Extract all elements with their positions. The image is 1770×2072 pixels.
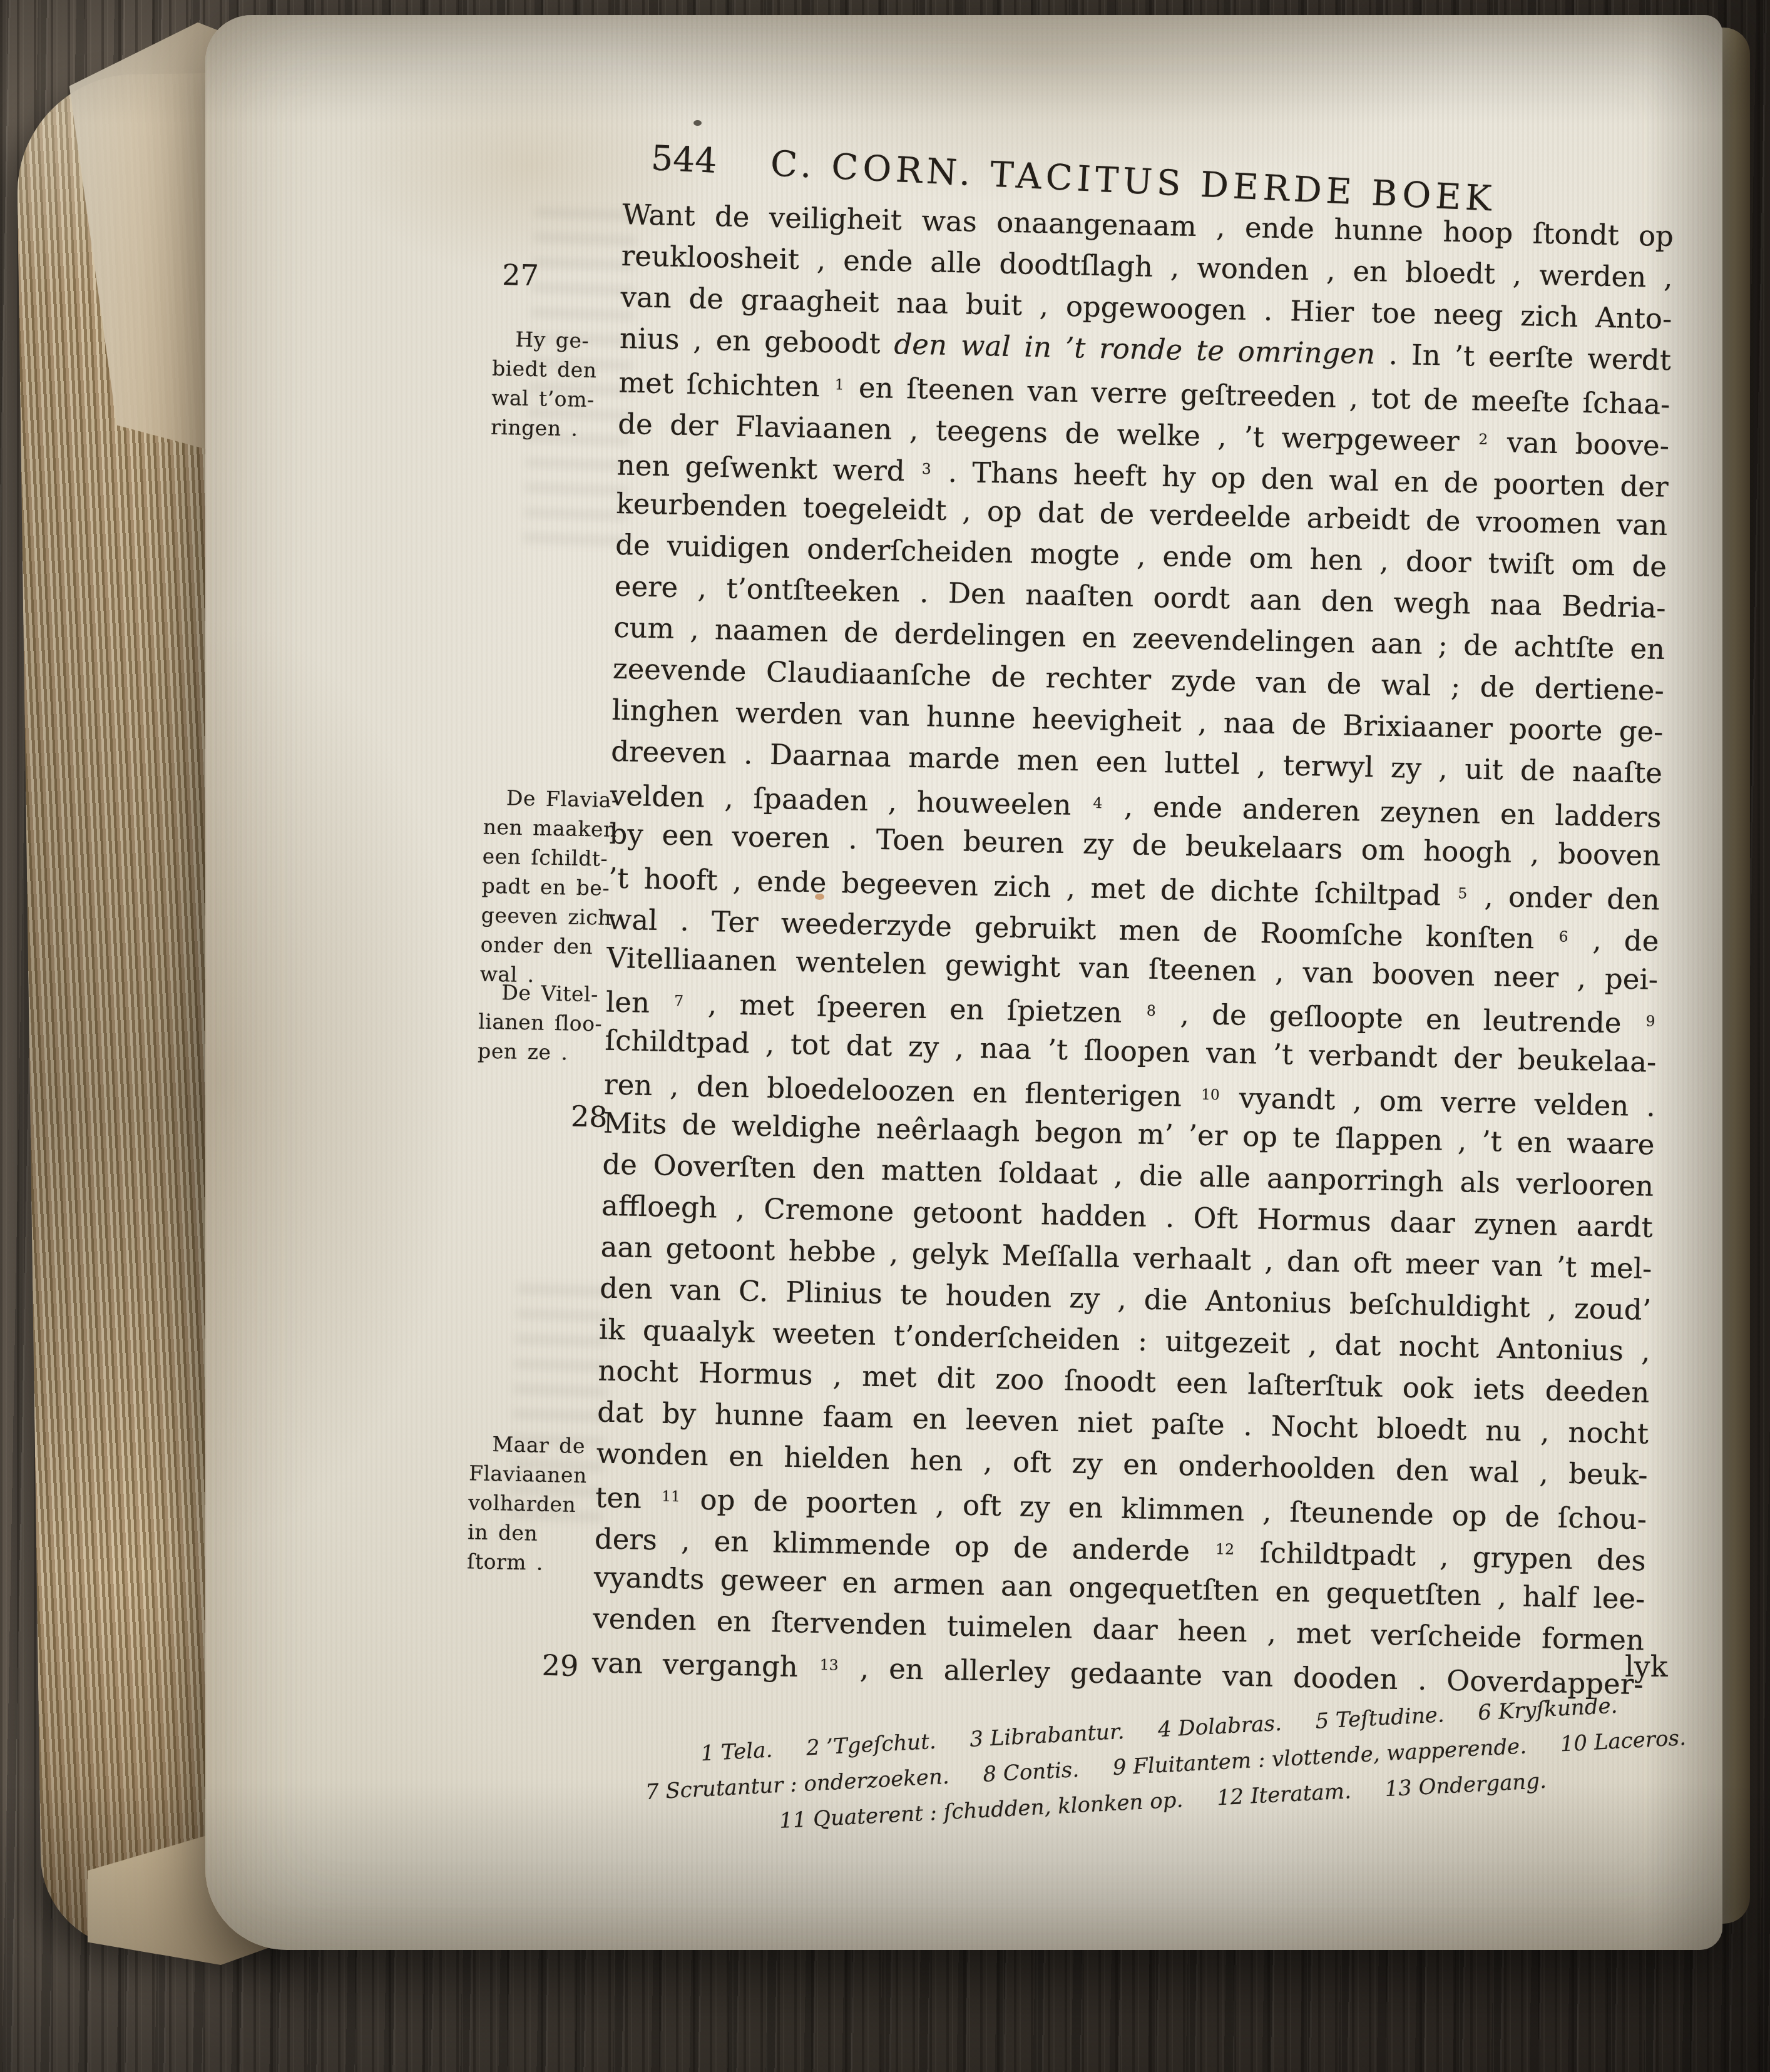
wood-table-background: 544 C. CORN. TACITUS DERDE BOEK 27 Hy ge… [0,0,1770,2072]
page-content: 544 C. CORN. TACITUS DERDE BOEK 27 Hy ge… [0,0,1770,2072]
footnote-marker: 3 [922,460,931,477]
page-number: 544 [650,138,718,181]
footnote-marker: 9 [1645,1013,1655,1030]
footnote-marker: 6 [1558,928,1568,946]
footnote-marker: 1 [834,375,844,393]
footnote-marker: 5 [1458,884,1467,902]
footnote-marker: 12 [1215,1540,1234,1558]
footnote-marker: 2 [1478,431,1488,448]
margin-note-sloopen: De Vitel- lianen ſloo- pen ze . [478,977,616,1068]
footnote-marker: 4 [1093,794,1102,812]
footnote-marker: 10 [1201,1086,1220,1104]
section-number-29: 29 [541,1645,579,1687]
section-number-27: 27 [502,254,540,296]
catchword: lyk [1625,1650,1668,1683]
section-number-28: 28 [570,1096,608,1138]
italic-phrase: den wal in ’t ronde te omringen [894,327,1375,370]
footnote-marker: 11 [662,1488,680,1506]
body-text: 27 Hy ge- biedt den wal t’om- ringen . D… [591,194,1674,1703]
footnote-marker: 8 [1147,1002,1156,1019]
margin-note-volharden: Maar de Flaviaanen volharden in den ſtor… [467,1429,606,1579]
margin-note-schildtpadt: De Flavia- nen maaken een ſchildt- padt … [479,783,620,991]
margin-note-omringen: Hy ge- biedt den wal t’om- ringen . [491,324,630,445]
footnotes: 1 Tela. 2 ’Tgeſchut. 3 Librabantur. 4 Do… [643,1685,1680,1846]
footnote-marker: 13 [819,1656,838,1674]
footnote-marker: 7 [674,992,683,1009]
